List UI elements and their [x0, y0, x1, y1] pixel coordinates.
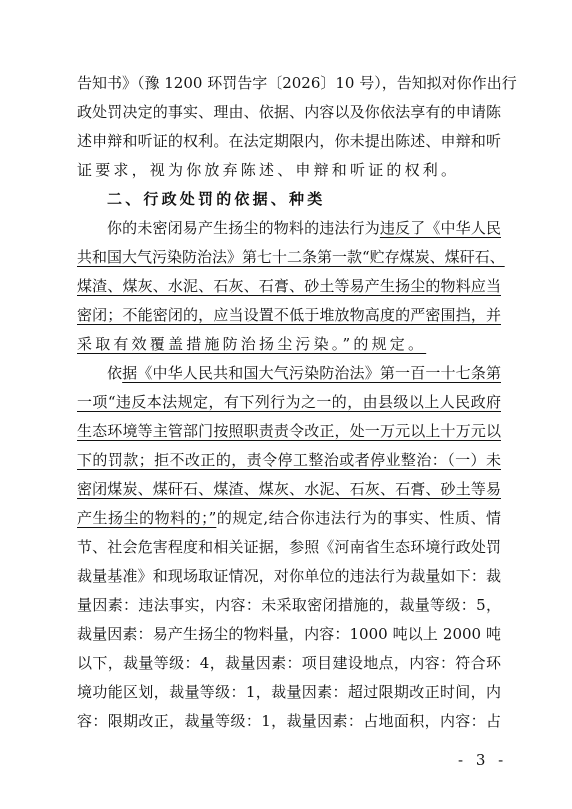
underlined-citation: 据《中华人民共和国大气污染防治法》第一百一十七条第 [122, 364, 501, 382]
paragraph-line: 以下，裁量等级：4，裁量因素：项目建设地点，内容：符合环 [77, 652, 501, 674]
underlined-citation: 下的罚款；拒不改正的，责令停工整治或者停业整治：（一）未 [77, 451, 501, 469]
paragraph-line: 生态环境等主管部门按照职责责令改正，处一万元以上十万元以 [77, 420, 501, 442]
paragraph-line: 密闭煤炭、煤矸石、煤渣、煤灰、水泥、石灰、石膏、砂土等易 [77, 478, 501, 500]
text-segment: 量因素：违法事实，内容：未采取密闭措施的，裁量等级：5， [77, 596, 501, 614]
section-heading: 二、行政处罚的依据、种类 [107, 188, 325, 210]
paragraph-line: 政处罚决定的事实、理由、依据、内容以及你依法享有的申请陈 [77, 101, 501, 123]
underlined-citation: 煤渣、煤灰、水泥、石灰、石膏、砂土等易产生扬尘的物料应当 [77, 277, 501, 295]
underlined-citation: 密闭；不能密闭的，应当设置不低于堆放物高度的严密围挡，并 [77, 306, 501, 324]
paragraph-line: 下的罚款；拒不改正的，责令停工整治或者停业整治：（一）未 [77, 449, 501, 471]
document-page: 告知书》（豫 1200 环罚告字〔2026〕10 号），告知拟对你作出行 政处罚… [0, 0, 572, 809]
paragraph-line: 裁量因素：易产生扬尘的物料量，内容：1000 吨以上 2000 吨 [77, 623, 501, 645]
paragraph-line: 依据《中华人民共和国大气污染防治法》第一百一十七条第 [107, 362, 501, 384]
paragraph-line: 容：限期改正，裁量等级：1，裁量因素：占地面积，内容：占 [77, 710, 501, 732]
paragraph-line: 采取有效覆盖措施防治扬尘污染。”的规定。 [77, 333, 501, 355]
paragraph-line: 裁量基准》和现场取证情况，对你单位的违法行为裁量如下：裁 [77, 565, 501, 587]
paragraph-line: 煤渣、煤灰、水泥、石灰、石膏、砂土等易产生扬尘的物料应当 [77, 275, 501, 297]
page-number: - 3 - [458, 750, 507, 770]
underlined-citation: 共和国大气污染防治法》第七十二条第一款“贮存煤炭、煤矸石、 [77, 248, 505, 266]
text-segment: 境功能区划，裁量等级：1，裁量因素：超过限期改正时间，内 [77, 683, 501, 701]
paragraph-line: 共和国大气污染防治法》第七十二条第一款“贮存煤炭、煤矸石、 [77, 246, 501, 268]
paragraph-line: 产生扬尘的物料的；”的规定,结合你违法行为的事实、性质、情 [77, 507, 501, 529]
paragraph-line: 述申辩和听证的权利。在法定期限内，你未提出陈述、申辩和听 [77, 130, 501, 152]
underlined-citation: 违反了《中华人民 [380, 219, 501, 237]
text-segment: 依 [107, 364, 122, 382]
underlined-citation: 一项“违反本法规定，有下列行为之一的，由县级以上人民政府 [77, 393, 501, 411]
underlined-citation: 密闭煤炭、煤矸石、煤渣、煤灰、水泥、石灰、石膏、砂土等易 [77, 480, 501, 498]
text-segment: 裁量因素：易产生扬尘的物料量，内容：1000 吨以上 2000 吨 [77, 625, 501, 643]
text-segment: 节、社会危害程度和相关证据，参照《河南省生态环境行政处罚 [77, 538, 501, 556]
heading-text: 二、行政处罚的依据、种类 [107, 190, 325, 208]
paragraph-line: 你的未密闭易产生扬尘的物料的违法行为违反了《中华人民 [107, 217, 501, 239]
paragraph-line: 量因素：违法事实，内容：未采取密闭措施的，裁量等级：5， [77, 594, 501, 616]
underlined-citation: 产生扬尘的物料的；” [77, 509, 216, 527]
paragraph-line: 密闭；不能密闭的，应当设置不低于堆放物高度的严密围挡，并 [77, 304, 501, 326]
paragraph-line: 境功能区划，裁量等级：1，裁量因素：超过限期改正时间，内 [77, 681, 501, 703]
paragraph-line: 证要求，视为你放弃陈述、申辩和听证的权利。 [77, 159, 501, 181]
text-segment: 容：限期改正，裁量等级：1，裁量因素：占地面积，内容：占 [77, 712, 501, 730]
text-segment: 你的未密闭易产生扬尘的物料的违法行为 [107, 219, 380, 237]
underlined-citation: 生态环境等主管部门按照职责责令改正，处一万元以上十万元以 [77, 422, 501, 440]
text-segment: 述申辩和听证的权利。在法定期限内，你未提出陈述、申辩和听 [77, 132, 501, 150]
text-segment: 政处罚决定的事实、理由、依据、内容以及你依法享有的申请陈 [77, 103, 501, 121]
paragraph-line: 告知书》（豫 1200 环罚告字〔2026〕10 号），告知拟对你作出行 [77, 72, 501, 94]
text-segment: 裁量基准》和现场取证情况，对你单位的违法行为裁量如下：裁 [77, 567, 501, 585]
underlined-citation: 采取有效覆盖措施防治扬尘污染。”的规定。 [77, 335, 426, 353]
text-segment: 证要求，视为你放弃陈述、申辩和听证的权利。 [77, 161, 459, 179]
text-segment: 以下，裁量等级：4，裁量因素：项目建设地点，内容：符合环 [77, 654, 501, 672]
paragraph-line: 节、社会危害程度和相关证据，参照《河南省生态环境行政处罚 [77, 536, 501, 558]
text-segment: 的规定,结合你违法行为的事实、性质、情 [216, 509, 501, 527]
text-segment: 告知书》（豫 1200 环罚告字〔2026〕10 号），告知拟对你作出行 [77, 74, 517, 92]
paragraph-line: 一项“违反本法规定，有下列行为之一的，由县级以上人民政府 [77, 391, 501, 413]
